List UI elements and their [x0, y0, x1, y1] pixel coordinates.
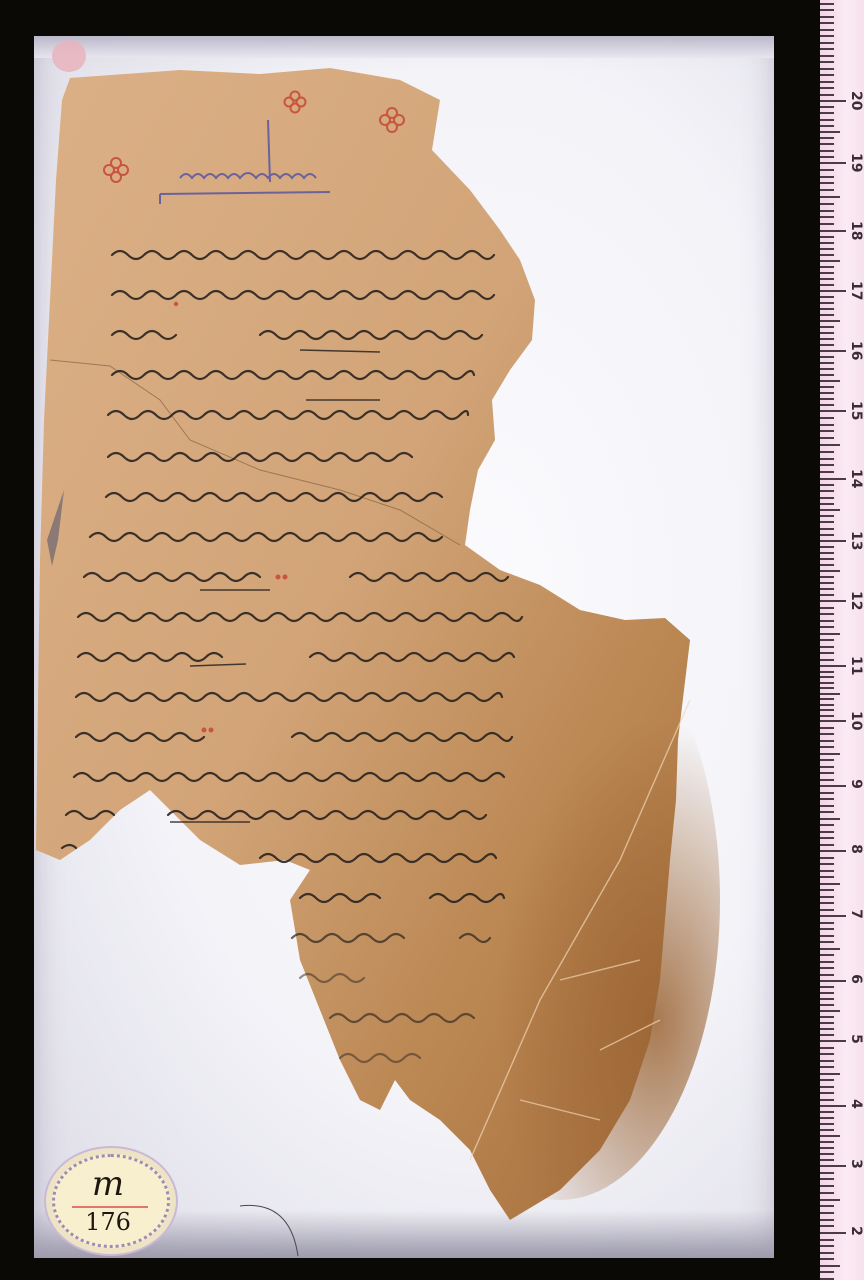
ruler-mm-tick [820, 515, 834, 517]
ruler-mm-tick [820, 112, 834, 114]
ruler-mm-tick [820, 417, 834, 419]
ruler-mm-tick [820, 1159, 834, 1161]
ruler-mm-tick [820, 876, 834, 878]
ruler-mm-tick [820, 1178, 834, 1180]
ruler-label: 20 [848, 91, 864, 107]
ruler-mm-tick [820, 798, 834, 800]
ruler-label: 15 [848, 401, 864, 417]
ruler-label: 18 [848, 221, 864, 237]
ruler-mm-tick [820, 1252, 834, 1254]
ruler-mm-tick [820, 404, 834, 406]
ruler-mm-tick [820, 61, 834, 63]
ruler-mm-tick [820, 1079, 834, 1081]
ruler-mm-tick [820, 935, 834, 937]
ruler-mm-tick [820, 588, 834, 590]
ruler-mm-tick [820, 302, 834, 304]
ruler-mm-tick [820, 1022, 834, 1024]
ruler-mm-tick [820, 248, 834, 250]
ruler-mm-tick [820, 564, 834, 566]
ruler-mm-tick [820, 509, 840, 511]
ruler-mm-tick [820, 733, 834, 735]
ruler-cm-tick [820, 1105, 846, 1107]
ruler-mm-tick [820, 902, 834, 904]
ruler-mm-tick [820, 1172, 834, 1174]
ruler-mm-tick [820, 471, 834, 473]
ruler-mm-tick [820, 594, 834, 596]
ruler-mm-tick [820, 986, 834, 988]
ruler-mm-tick [820, 356, 834, 358]
ruler-mm-tick [820, 534, 834, 536]
ruler-cm-tick [820, 600, 846, 602]
ruler-mm-tick [820, 792, 834, 794]
ruler-mm-tick [820, 210, 834, 212]
ruler-mm-tick [820, 824, 834, 826]
ruler-cm-tick [820, 162, 846, 164]
ruler-label: 17 [848, 281, 864, 297]
ruler-mm-tick [820, 1212, 834, 1214]
ruler-mm-tick [820, 503, 834, 505]
ruler-mm-tick [820, 766, 834, 768]
ruler-mm-tick [820, 1073, 840, 1075]
cm-ruler: 201918171615141312111098765432 [820, 0, 864, 1280]
ruler-cm-tick [820, 785, 846, 787]
ruler-mm-tick [820, 29, 834, 31]
ruler-mm-tick [820, 182, 834, 184]
ruler-mm-tick [820, 779, 834, 781]
ruler-mm-tick [820, 896, 834, 898]
ruler-mm-tick [820, 693, 840, 695]
ruler-mm-tick [820, 570, 840, 572]
ruler-mm-tick [820, 119, 834, 121]
ruler-mm-tick [820, 272, 834, 274]
ruler-mm-tick [820, 687, 834, 689]
ruler-mm-tick [820, 344, 834, 346]
ruler-mm-tick [820, 125, 834, 127]
manuscript-photo: m 176 201918171615141312111098765432 [0, 0, 864, 1280]
shelfmark-number: 176 [38, 1208, 178, 1236]
ruler-mm-tick [820, 392, 834, 394]
ruler-mm-tick [820, 42, 834, 44]
ruler-mm-tick [820, 176, 834, 178]
ruler-mm-tick [820, 633, 840, 635]
ruler-label: 3 [848, 1156, 864, 1172]
ruler-mm-tick [820, 1117, 834, 1119]
ruler-mm-tick [820, 1185, 834, 1187]
ruler-label: 13 [848, 531, 864, 547]
ruler-mm-tick [820, 1099, 834, 1101]
ruler-label: 4 [848, 1096, 864, 1112]
ruler-cm-tick [820, 1232, 846, 1234]
ruler-mm-tick [820, 490, 834, 492]
ruler-mm-tick [820, 759, 834, 761]
ruler-mm-tick [820, 16, 834, 18]
ruler-mm-tick [820, 1135, 840, 1137]
ruler-mm-tick [820, 1053, 834, 1055]
ruler-mm-tick [820, 1066, 834, 1068]
ruler-mm-tick [820, 922, 834, 924]
ruler-mm-tick [820, 682, 834, 684]
ruler-label: 19 [848, 153, 864, 169]
ruler-mm-tick [820, 1245, 834, 1247]
ruler-mm-tick [820, 374, 834, 376]
ruler-mm-tick [820, 558, 834, 560]
ruler-cm-tick [820, 850, 846, 852]
ruler-mm-tick [820, 189, 834, 191]
ruler-mm-tick [820, 1278, 834, 1280]
ruler-mm-tick [820, 646, 834, 648]
ruler-mm-tick [820, 48, 834, 50]
ruler-mm-tick [820, 863, 834, 865]
ruler-mm-tick [820, 216, 834, 218]
ruler-mm-tick [820, 857, 834, 859]
ruler-mm-tick [820, 1010, 840, 1012]
ruler-label: 7 [848, 906, 864, 922]
ruler-cm-tick [820, 100, 846, 102]
ruler-mm-tick [820, 909, 834, 911]
ruler-mm-tick [820, 430, 834, 432]
ruler-mm-tick [820, 9, 834, 11]
ruler-mm-tick [820, 837, 834, 839]
ruler-mm-tick [820, 967, 834, 969]
ruler-mm-tick [820, 444, 840, 446]
ruler-mm-tick [820, 81, 834, 83]
ruler-mm-tick [820, 437, 834, 439]
ruler-label: 5 [848, 1031, 864, 1047]
ruler-mm-tick [820, 35, 834, 37]
ruler-mm-tick [820, 314, 834, 316]
ruler-mm-tick [820, 811, 834, 813]
ruler-mm-tick [820, 1123, 834, 1125]
ruler-mm-tick [820, 626, 834, 628]
ruler-mm-tick [820, 941, 834, 943]
ruler-mm-tick [820, 1271, 834, 1273]
ruler-mm-tick [820, 308, 834, 310]
ruler-mm-tick [820, 196, 840, 198]
ruler-mm-tick [820, 1086, 834, 1088]
ruler-cm-tick [820, 720, 846, 722]
ruler-mm-tick [820, 362, 834, 364]
ruler-mm-tick [820, 998, 834, 1000]
thread [240, 1205, 298, 1256]
ruler-label: 8 [848, 841, 864, 857]
ruler-mm-tick [820, 883, 840, 885]
ruler-mm-tick [820, 266, 834, 268]
ruler-mm-tick [820, 740, 834, 742]
ruler-mm-tick [820, 68, 834, 70]
ruler-mm-tick [820, 143, 834, 145]
ruler-mm-tick [820, 889, 834, 891]
ruler-mm-tick [820, 380, 840, 382]
ruler-mm-tick [820, 576, 834, 578]
ruler-cm-tick [820, 665, 846, 667]
ruler-mm-tick [820, 961, 834, 963]
ruler-mm-tick [820, 704, 834, 706]
ruler-mm-tick [820, 368, 834, 370]
ruler-mm-tick [820, 709, 834, 711]
ruler-mm-tick [820, 1111, 834, 1113]
ruler-mm-tick [820, 332, 834, 334]
ruler-mm-tick [820, 1016, 834, 1018]
ruler-cm-tick [820, 350, 846, 352]
ruler-mm-tick [820, 203, 834, 205]
ruler-mm-tick [820, 94, 834, 96]
ruler-label: 6 [848, 971, 864, 987]
ruler-mm-tick [820, 1028, 834, 1030]
ruler-mm-tick [820, 1192, 834, 1194]
ruler-cm-tick [820, 230, 846, 232]
ruler-mm-tick [820, 55, 834, 57]
ruler-mm-tick [820, 1239, 834, 1241]
ruler-mm-tick [820, 552, 834, 554]
ruler-mm-tick [820, 805, 834, 807]
ruler-mm-tick [820, 582, 834, 584]
ruler-mm-tick [820, 948, 840, 950]
ruler-mm-tick [820, 284, 834, 286]
ruler-mm-tick [820, 746, 834, 748]
ruler-mm-tick [820, 223, 834, 225]
ruler-mm-tick [820, 338, 834, 340]
ruler-mm-tick [820, 1147, 834, 1149]
ruler-mm-tick [820, 1034, 834, 1036]
ruler-mm-tick [820, 22, 834, 24]
ruler-mm-tick [820, 1060, 834, 1062]
ruler-mm-tick [820, 87, 834, 89]
ruler-mm-tick [820, 326, 834, 328]
ruler-mm-tick [820, 386, 834, 388]
ruler-mm-tick [820, 676, 834, 678]
ruler-mm-tick [820, 639, 834, 641]
shelfmark-letter: m [38, 1164, 178, 1204]
ruler-mm-tick [820, 659, 834, 661]
ruler-mm-tick [820, 1199, 840, 1201]
ruler-mm-tick [820, 753, 840, 755]
ruler-mm-tick [820, 1205, 834, 1207]
ruler-mm-tick [820, 398, 834, 400]
ruler-cm-tick [820, 980, 846, 982]
ruler-mm-tick [820, 1092, 834, 1094]
ruler-mm-tick [820, 954, 834, 956]
ruler-mm-tick [820, 497, 834, 499]
ruler-label: 11 [848, 656, 864, 672]
ruler-mm-tick [820, 254, 834, 256]
ruler-mm-tick [820, 1258, 834, 1260]
ruler-mm-tick [820, 870, 834, 872]
ruler-mm-tick [820, 1004, 834, 1006]
ruler-mm-tick [820, 613, 834, 615]
ruler-mm-tick [820, 671, 834, 673]
ruler-mm-tick [820, 458, 834, 460]
ruler-cm-tick [820, 478, 846, 480]
ruler-mm-tick [820, 464, 834, 466]
ruler-mm-tick [820, 992, 834, 994]
ruler-cm-tick [820, 540, 846, 542]
ruler-mm-tick [820, 698, 834, 700]
ruler-label: 2 [848, 1223, 864, 1239]
ruler-mm-tick [820, 528, 834, 530]
ruler-mm-tick [820, 1265, 840, 1267]
ruler-mm-tick [820, 831, 834, 833]
ruler-mm-tick [820, 242, 834, 244]
ruler-mm-tick [820, 818, 840, 820]
ruler-mm-tick [820, 521, 834, 523]
ruler-mm-tick [820, 607, 834, 609]
ruler-label: 12 [848, 591, 864, 607]
ruler-mm-tick [820, 1153, 834, 1155]
ruler-mm-tick [820, 260, 840, 262]
ruler-mm-tick [820, 74, 834, 76]
parchment-fragment [0, 0, 820, 1280]
ruler-mm-tick [820, 137, 834, 139]
ruler-cm-tick [820, 1165, 846, 1167]
ruler-mm-tick [820, 727, 834, 729]
ruler-label: 14 [848, 469, 864, 485]
ruler-mm-tick [820, 546, 834, 548]
ruler-mm-tick [820, 484, 834, 486]
ruler-mm-tick [820, 278, 834, 280]
ruler-mm-tick [820, 844, 834, 846]
ruler-mm-tick [820, 1047, 834, 1049]
ruler-cm-tick [820, 410, 846, 412]
ruler-label: 9 [848, 776, 864, 792]
ruler-mm-tick [820, 1129, 834, 1131]
ruler-mm-tick [820, 451, 834, 453]
ruler-label: 10 [848, 711, 864, 727]
ruler-cm-tick [820, 290, 846, 292]
ruler-mm-tick [820, 320, 840, 322]
ruler-cm-tick [820, 1040, 846, 1042]
ruler-mm-tick [820, 236, 834, 238]
ruler-mm-tick [820, 156, 834, 158]
ruler-mm-tick [820, 106, 834, 108]
ruler-mm-tick [820, 620, 834, 622]
ruler-label: 16 [848, 341, 864, 357]
ruler-mm-tick [820, 928, 834, 930]
ruler-mm-tick [820, 974, 834, 976]
ruler-mm-tick [820, 169, 834, 171]
ruler-mm-tick [820, 1219, 834, 1221]
ruler-mm-tick [820, 296, 834, 298]
ruler-mm-tick [820, 715, 834, 717]
ruler-mm-tick [820, 150, 834, 152]
ruler-mm-tick [820, 772, 834, 774]
ruler-mm-tick [820, 424, 834, 426]
ruler-mm-tick [820, 131, 840, 133]
ruler-mm-tick [820, 652, 834, 654]
ruler-mm-tick [820, 1225, 834, 1227]
shelfmark-label: m 176 [38, 1140, 178, 1260]
ruler-mm-tick [820, 3, 834, 5]
ruler-cm-tick [820, 915, 846, 917]
ruler-mm-tick [820, 1141, 834, 1143]
